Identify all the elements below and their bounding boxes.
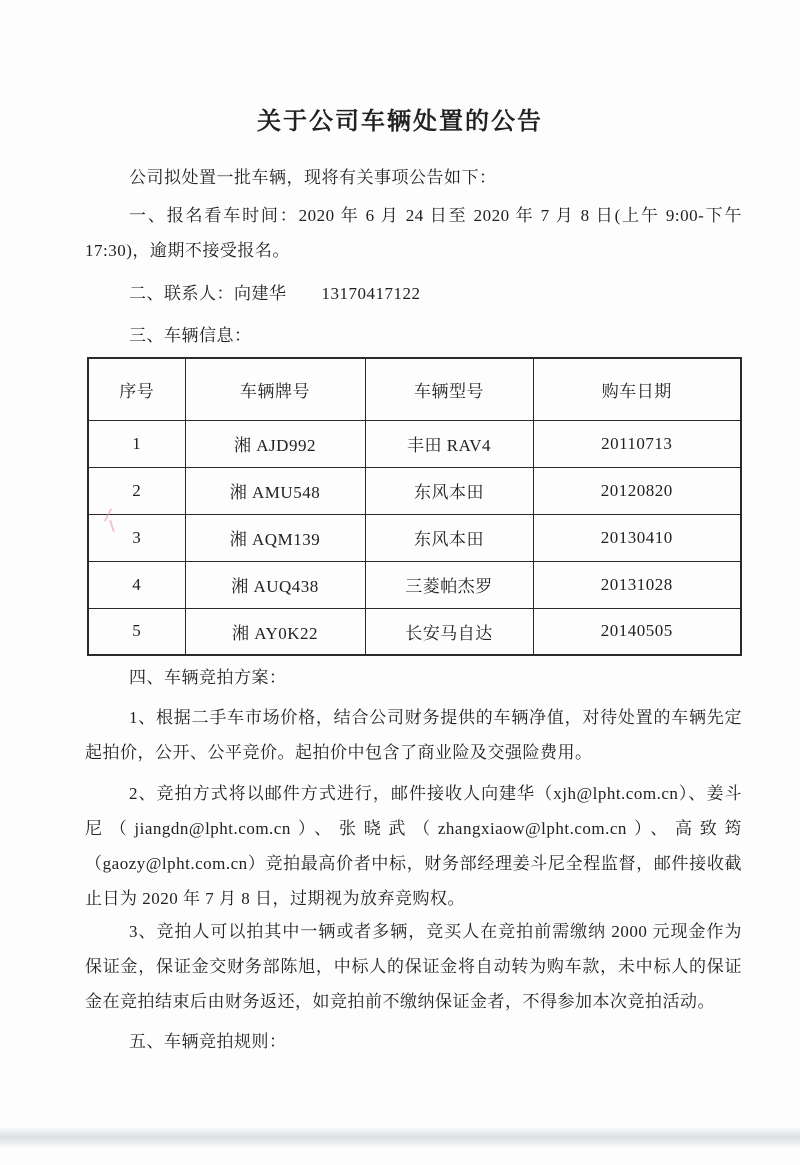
intro-paragraph: 公司拟处置一批车辆，现将有关事项公告如下： — [85, 160, 742, 195]
auction-plan-point-1: 1、根据二手车市场价格，结合公司财务提供的车辆净值，对待处置的车辆先定起拍价，公… — [85, 700, 742, 770]
cell-model: 东风本田 — [365, 467, 533, 514]
vehicle-table: 序号 车辆牌号 车辆型号 购车日期 1 湘 AJD992 丰田 RAV4 201… — [87, 357, 742, 656]
section-3-vehicle-info-heading: 三、车辆信息： — [85, 318, 742, 353]
section-2-contact: 二、联系人：向建华 13170417122 — [85, 276, 742, 311]
table-row: 4 湘 AUQ438 三菱帕杰罗 20131028 — [88, 561, 741, 608]
cell-model: 丰田 RAV4 — [365, 420, 533, 467]
cell-purchase-date: 20130410 — [533, 514, 741, 561]
auction-plan-point-2: 2、竞拍方式将以邮件方式进行，邮件接收人向建华（xjh@lpht.com.cn）… — [85, 776, 742, 916]
section-4-auction-plan-heading: 四、车辆竞拍方案： — [85, 660, 742, 695]
cell-plate: 湘 AY0K22 — [185, 608, 365, 655]
cell-index: 3 — [88, 514, 185, 561]
cell-purchase-date: 20131028 — [533, 561, 741, 608]
cell-plate: 湘 AQM139 — [185, 514, 365, 561]
section-1-signup-time: 一、报名看车时间：2020 年 6 月 24 日至 2020 年 7 月 8 日… — [85, 198, 742, 268]
scanner-edge-band — [0, 1128, 800, 1148]
cell-purchase-date: 20120820 — [533, 467, 741, 514]
cell-purchase-date: 20140505 — [533, 608, 741, 655]
cell-model: 长安马自达 — [365, 608, 533, 655]
cell-model: 东风本田 — [365, 514, 533, 561]
cell-purchase-date: 20110713 — [533, 420, 741, 467]
table-row: 3 湘 AQM139 东风本田 20130410 — [88, 514, 741, 561]
cell-index: 5 — [88, 608, 185, 655]
cell-plate: 湘 AMU548 — [185, 467, 365, 514]
col-header-model: 车辆型号 — [365, 358, 533, 420]
cell-plate: 湘 AJD992 — [185, 420, 365, 467]
cell-index: 4 — [88, 561, 185, 608]
table-row: 2 湘 AMU548 东风本田 20120820 — [88, 467, 741, 514]
col-header-purchase-date: 购车日期 — [533, 358, 741, 420]
table-header-row: 序号 车辆牌号 车辆型号 购车日期 — [88, 358, 741, 420]
cell-model: 三菱帕杰罗 — [365, 561, 533, 608]
col-header-index: 序号 — [88, 358, 185, 420]
auction-plan-point-3: 3、竞拍人可以拍其中一辆或者多辆，竞买人在竞拍前需缴纳 2000 元现金作为保证… — [85, 914, 742, 1019]
cell-index: 2 — [88, 467, 185, 514]
document-page: 关于公司车辆处置的公告 公司拟处置一批车辆，现将有关事项公告如下： 一、报名看车… — [0, 0, 800, 1165]
cell-plate: 湘 AUQ438 — [185, 561, 365, 608]
table-row: 5 湘 AY0K22 长安马自达 20140505 — [88, 608, 741, 655]
table-row: 1 湘 AJD992 丰田 RAV4 20110713 — [88, 420, 741, 467]
document-title: 关于公司车辆处置的公告 — [0, 104, 800, 140]
cell-index: 1 — [88, 420, 185, 467]
col-header-plate: 车辆牌号 — [185, 358, 365, 420]
section-5-auction-rules-heading: 五、车辆竞拍规则： — [85, 1024, 742, 1059]
